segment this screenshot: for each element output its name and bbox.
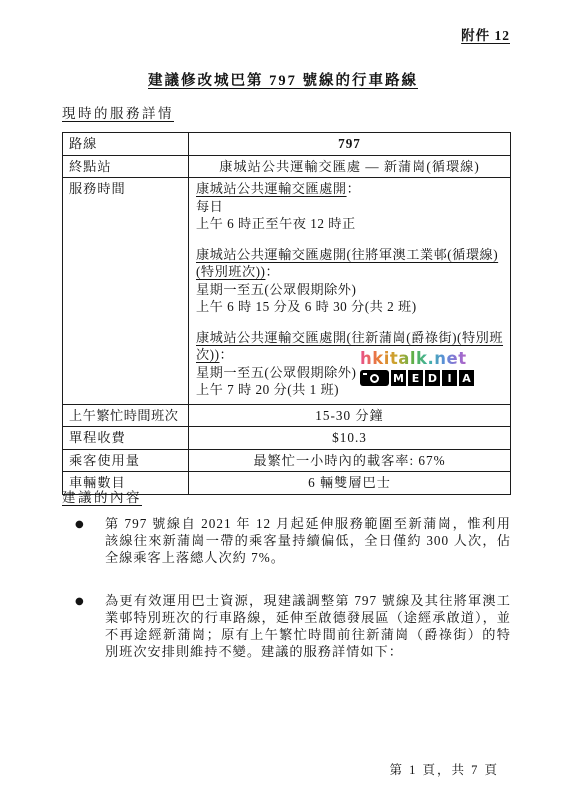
document-title-text: 建議修改城巴第 797 號線的行車路線	[148, 73, 418, 89]
section-heading-proposal: 建議的內容	[62, 486, 142, 506]
bullet-icon: ●	[75, 592, 105, 660]
list-item: ● 第 797 號線自 2021 年 12 月起延伸服務範圍至新蒲崗，惟利用該線…	[75, 515, 511, 566]
service-block-tko-industrial: 康城站公共運輸交匯處開(往將軍澳工業邨(循環線)(特別班次))： 星期一至五(公…	[196, 246, 503, 316]
media-letter-tile: I	[442, 370, 457, 386]
row-value: $10.3	[189, 427, 511, 450]
service-block-daily: 康城站公共運輸交匯處開： 每日 上午 6 時正至午夜 12 時正	[196, 180, 503, 233]
section-heading-current-service: 現時的服務詳情	[62, 102, 174, 122]
row-value: 15-30 分鐘	[189, 404, 511, 427]
media-letter-tile: D	[425, 370, 440, 386]
page-number-footer: 第 1 頁，共 7 頁	[0, 760, 499, 778]
row-label: 上午繁忙時間班次	[63, 404, 189, 427]
hkitalk-watermark: hkitalk.net M E D I A	[360, 349, 480, 386]
service-block-line: 星期一至五(公眾假期除外)	[196, 281, 503, 299]
bullet-text: 為更有效運用巴士資源，現建議調整第 797 號線及其往將軍澳工業邨特別班次的行車…	[105, 592, 511, 660]
service-details-table: 路線 797 終點站 康城站公共運輸交匯處 — 新蒲崗(循環線) 服務時間 康城…	[62, 132, 511, 495]
annex-label: 附件 12	[461, 24, 510, 44]
row-label: 終點站	[63, 155, 189, 178]
table-row-route: 路線 797	[63, 133, 511, 156]
table-row-patronage: 乘客使用量 最繁忙一小時內的載客率: 67%	[63, 449, 511, 472]
row-value: 最繁忙一小時內的載客率: 67%	[189, 449, 511, 472]
row-label: 路線	[63, 133, 189, 156]
row-value: 797	[189, 133, 511, 156]
bullet-icon: ●	[75, 515, 105, 566]
table-row-terminus: 終點站 康城站公共運輸交匯處 — 新蒲崗(循環線)	[63, 155, 511, 178]
row-label: 乘客使用量	[63, 449, 189, 472]
proposal-bullet-list: ● 第 797 號線自 2021 年 12 月起延伸服務範圍至新蒲崗，惟利用該線…	[75, 515, 511, 660]
service-block-heading: 康城站公共運輸交匯處開：	[196, 180, 503, 198]
camera-icon	[360, 370, 389, 386]
row-label: 單程收費	[63, 427, 189, 450]
service-block-heading: 康城站公共運輸交匯處開(往將軍澳工業邨(循環線)(特別班次))：	[196, 246, 503, 281]
media-letter-tile: A	[459, 370, 474, 386]
service-block-line: 每日	[196, 198, 503, 216]
document-title: 建議修改城巴第 797 號線的行車路線	[0, 69, 566, 90]
bullet-text: 第 797 號線自 2021 年 12 月起延伸服務範圍至新蒲崗，惟利用該線往來…	[105, 515, 511, 566]
row-value: 康城站公共運輸交匯處 — 新蒲崗(循環線)	[189, 155, 511, 178]
service-block-line: 上午 6 時正至午夜 12 時正	[196, 215, 503, 233]
list-item: ● 為更有效運用巴士資源，現建議調整第 797 號線及其往將軍澳工業邨特別班次的…	[75, 592, 511, 660]
watermark-site-name: hkitalk.net	[360, 349, 480, 369]
media-letter-tile: E	[408, 370, 423, 386]
media-letter-tile: M	[391, 370, 406, 386]
document-page: 附件 12 建議修改城巴第 797 號線的行車路線 現時的服務詳情 路線 797…	[0, 0, 566, 800]
service-block-line: 上午 6 時 15 分及 6 時 30 分(共 2 班)	[196, 298, 503, 316]
table-row-fare: 單程收費 $10.3	[63, 427, 511, 450]
row-label: 服務時間	[63, 178, 189, 405]
row-value: 6 輛雙層巴士	[189, 472, 511, 495]
watermark-media-bar: M E D I A	[360, 370, 480, 386]
table-row-am-peak-frequency: 上午繁忙時間班次 15-30 分鐘	[63, 404, 511, 427]
